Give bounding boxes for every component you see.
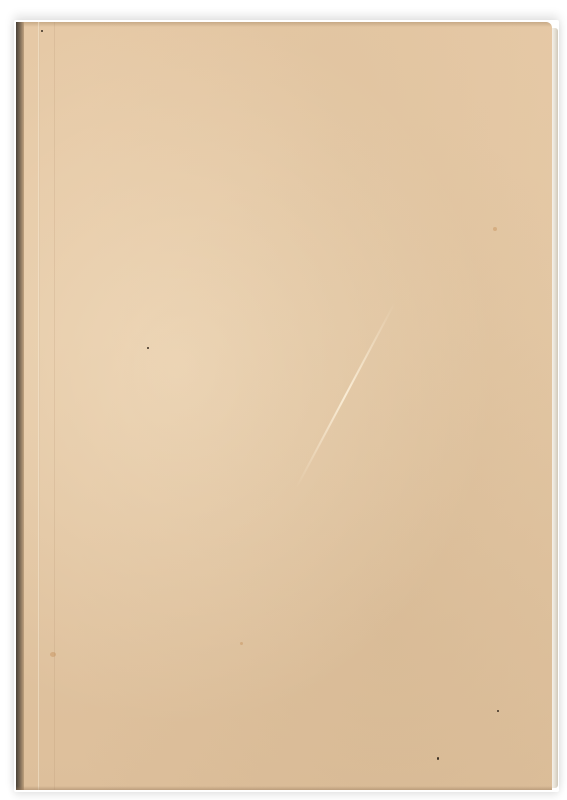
speck: [437, 757, 439, 760]
cover-bottom-edge: [16, 786, 552, 790]
stain: [50, 652, 56, 657]
speck: [497, 710, 499, 712]
stain: [240, 642, 243, 645]
binding-spine: [16, 22, 24, 790]
cover-top-edge: [16, 22, 552, 27]
speck: [147, 347, 149, 349]
diagonal-crease: [295, 302, 395, 488]
spine-fold-line: [38, 22, 40, 790]
speck: [41, 30, 43, 32]
booklet-cover: [16, 22, 552, 790]
spine-fold-line-secondary: [54, 22, 55, 790]
stain: [493, 227, 497, 231]
